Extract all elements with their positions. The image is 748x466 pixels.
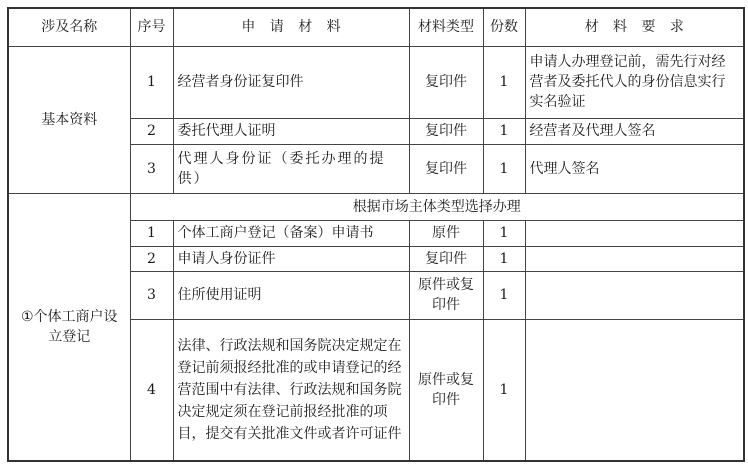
row-type: 原件或复印件 xyxy=(409,319,483,461)
row-index: 2 xyxy=(130,118,173,144)
table-row: 基本资料 1 经营者身份证复印件 复印件 1 申请人办理登记前，需先行对经营者及… xyxy=(8,46,744,118)
row-requirement: 申请人办理登记前，需先行对经营者及委托代人的身份信息实行实名验证 xyxy=(525,46,744,118)
section-subheader: 根据市场主体类型选择办理 xyxy=(130,193,744,220)
row-requirement: 代理人签名 xyxy=(525,144,744,193)
section-name-individual: ①个体工商户设立登记 xyxy=(8,193,130,461)
row-index: 3 xyxy=(130,271,173,319)
row-material: 经营者身份证复印件 xyxy=(173,46,409,118)
header-type: 材料类型 xyxy=(409,8,483,46)
row-type: 复印件 xyxy=(409,46,483,118)
row-copies: 1 xyxy=(483,46,525,118)
row-copies: 1 xyxy=(483,319,525,461)
row-copies: 1 xyxy=(483,271,525,319)
table-row: ①个体工商户设立登记 根据市场主体类型选择办理 xyxy=(8,193,744,220)
header-material: 申 请 材 料 xyxy=(173,8,409,46)
row-material: 住所使用证明 xyxy=(173,271,409,319)
row-type: 复印件 xyxy=(409,246,483,271)
row-material: 个体工商户登记（备案）申请书 xyxy=(173,220,409,246)
row-material: 委托代理人证明 xyxy=(173,118,409,144)
row-type: 复印件 xyxy=(409,144,483,193)
row-copies: 1 xyxy=(483,220,525,246)
row-type: 原件或复印件 xyxy=(409,271,483,319)
row-copies: 1 xyxy=(483,246,525,271)
header-category: 涉及名称 xyxy=(8,8,130,46)
row-index: 1 xyxy=(130,220,173,246)
row-copies: 1 xyxy=(483,118,525,144)
row-copies: 1 xyxy=(483,144,525,193)
row-requirement: 经营者及代理人签名 xyxy=(525,118,744,144)
header-index: 序号 xyxy=(130,8,173,46)
row-index: 3 xyxy=(130,144,173,193)
row-requirement xyxy=(525,246,744,271)
row-material: 法律、行政法规和国务院决定规定在登记前须报经批准的或申请登记的经营范围中有法律、… xyxy=(173,319,409,461)
row-material: 申请人身份证件 xyxy=(173,246,409,271)
row-type: 原件 xyxy=(409,220,483,246)
section-name-basic: 基本资料 xyxy=(8,46,130,193)
row-requirement xyxy=(525,271,744,319)
row-requirement xyxy=(525,220,744,246)
header-requirement: 材 料 要 求 xyxy=(525,8,744,46)
row-material: 代理人身份证（委托办理的提供） xyxy=(173,144,409,193)
row-index: 1 xyxy=(130,46,173,118)
row-type: 复印件 xyxy=(409,118,483,144)
row-index: 4 xyxy=(130,319,173,461)
row-requirement xyxy=(525,319,744,461)
row-index: 2 xyxy=(130,246,173,271)
materials-table: 涉及名称 序号 申 请 材 料 材料类型 份数 材 料 要 求 基本资料 1 经… xyxy=(7,7,745,462)
header-row: 涉及名称 序号 申 请 材 料 材料类型 份数 材 料 要 求 xyxy=(8,8,744,46)
header-copies: 份数 xyxy=(483,8,525,46)
